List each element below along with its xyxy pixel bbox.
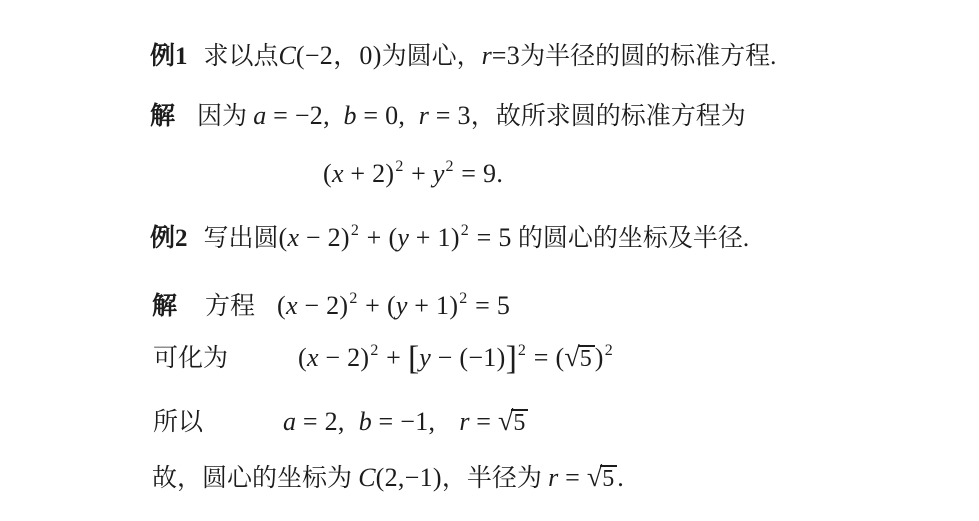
math-variable: x — [332, 159, 344, 188]
math-text: = −1, — [372, 407, 436, 436]
math-text: = 5 — [470, 223, 512, 252]
example2-heading-line: 例2写出圆(x − 2)2 + (y + 1)2 = 5 的圆心的坐标及半径. — [150, 222, 749, 258]
solution1-line: 解因为 a = −2, b = 0, r = 3，故所求圆的标准方程为 — [150, 100, 746, 136]
math-text: =3 — [492, 41, 520, 70]
rewrite-line: 可化为(x − 2)2 + [y − (−1)]2 = (√5)2 — [153, 342, 614, 378]
math-variable: r — [459, 407, 469, 436]
math-text: + ( — [360, 223, 398, 252]
math-text: ( — [277, 291, 286, 320]
math-text: + 1) — [407, 291, 458, 320]
cjk-text: 为圆心， — [382, 43, 482, 70]
math-text: . — [617, 463, 624, 492]
math-variable: r — [548, 463, 558, 492]
superscript: 2 — [518, 342, 526, 359]
math-text: − 2) — [299, 223, 350, 252]
math-variable: y — [419, 343, 431, 372]
big-bracket: [ — [408, 340, 419, 377]
math-variable: C — [279, 41, 296, 70]
superscript: 2 — [461, 222, 469, 239]
cjk-text: 写出圆 — [204, 225, 279, 252]
math-variable: y — [397, 223, 409, 252]
bold-label: 解 — [152, 293, 177, 320]
math-variable: a — [253, 101, 266, 130]
math-variable: x — [286, 291, 298, 320]
cjk-text: ，半径为 — [442, 465, 548, 492]
math-text: = — [558, 463, 587, 492]
math-text: ( — [298, 343, 307, 372]
equation1-line: (x + 2)2 + y2 = 9. — [323, 158, 503, 194]
cjk-text: 可化为 — [153, 345, 228, 372]
math-variable: b — [359, 407, 372, 436]
superscript: 2 — [351, 222, 359, 239]
math-text: (2,−1) — [376, 463, 442, 492]
bold-label: 例1 — [150, 43, 188, 70]
math-text: = 3 — [429, 101, 471, 130]
cjk-text: 故，圆心的坐标为 — [152, 465, 358, 492]
solution2-line: 解方程(x − 2)2 + (y + 1)2 = 5 — [152, 290, 510, 326]
conclusion-line: 故，圆心的坐标为 C(2,−1)，半径为 r = √5. — [152, 462, 624, 498]
math-text: − (−1) — [431, 343, 506, 372]
bold-label: 解 — [150, 103, 175, 130]
cjk-text: 的圆心的坐标及半径. — [512, 225, 750, 252]
math-text: − 2) — [319, 343, 370, 372]
cjk-text: 为半径的圆的标准方程. — [520, 43, 776, 70]
math-variable: y — [396, 291, 408, 320]
math-text: − 2) — [298, 291, 349, 320]
math-text: + ( — [358, 291, 396, 320]
cjk-text: ，故所求圆的标准方程为 — [471, 103, 746, 130]
math-text: + — [404, 159, 433, 188]
cjk-text: 所以 — [153, 409, 203, 436]
math-variable: C — [358, 463, 375, 492]
math-variable: x — [307, 343, 319, 372]
cjk-text: 求以点 — [204, 43, 279, 70]
math-text: = ( — [527, 343, 565, 372]
math-variable: y — [433, 159, 445, 188]
superscript: 2 — [605, 342, 613, 359]
math-variable: x — [288, 223, 300, 252]
math-variable: r — [419, 101, 429, 130]
math-text: = 5 — [468, 291, 510, 320]
superscript: 2 — [349, 290, 357, 307]
cjk-text: 因为 — [197, 103, 253, 130]
superscript: 2 — [445, 158, 453, 175]
math-text: ) — [595, 343, 604, 372]
math-text: ( — [323, 159, 332, 188]
math-text: = −2, — [266, 101, 343, 130]
sqrt-radical: √5 — [498, 417, 528, 434]
cjk-text: 方程 — [205, 293, 255, 320]
math-text: (−2，0) — [296, 41, 382, 70]
superscript: 2 — [459, 290, 467, 307]
superscript: 2 — [370, 342, 378, 359]
radicand: 5 — [600, 465, 617, 492]
math-text: = — [469, 407, 498, 436]
radicand: 5 — [511, 409, 528, 436]
math-text: ( — [279, 223, 288, 252]
math-text: + 1) — [409, 223, 460, 252]
math-variable: a — [283, 407, 296, 436]
math-variable: r — [482, 41, 492, 70]
math-text: = 0, — [357, 101, 419, 130]
math-text: + 2) — [344, 159, 395, 188]
math-text: = 9. — [454, 159, 503, 188]
big-bracket: ] — [506, 340, 517, 377]
math-variable: b — [344, 101, 357, 130]
radicand: 5 — [578, 345, 595, 372]
bold-label: 例2 — [150, 225, 188, 252]
math-text: = 2, — [296, 407, 345, 436]
sqrt-radical: √5 — [587, 473, 617, 490]
sqrt-radical: √5 — [564, 353, 594, 370]
example1-heading-line: 例1求以点C(−2，0)为圆心，r=3为半径的圆的标准方程. — [150, 40, 776, 76]
math-text: + — [379, 343, 408, 372]
superscript: 2 — [395, 158, 403, 175]
therefore-line: 所以a = 2,b = −1,r = √5 — [153, 406, 528, 442]
document-body: 例1求以点C(−2，0)为圆心，r=3为半径的圆的标准方程.解因为 a = −2… — [0, 0, 979, 521]
